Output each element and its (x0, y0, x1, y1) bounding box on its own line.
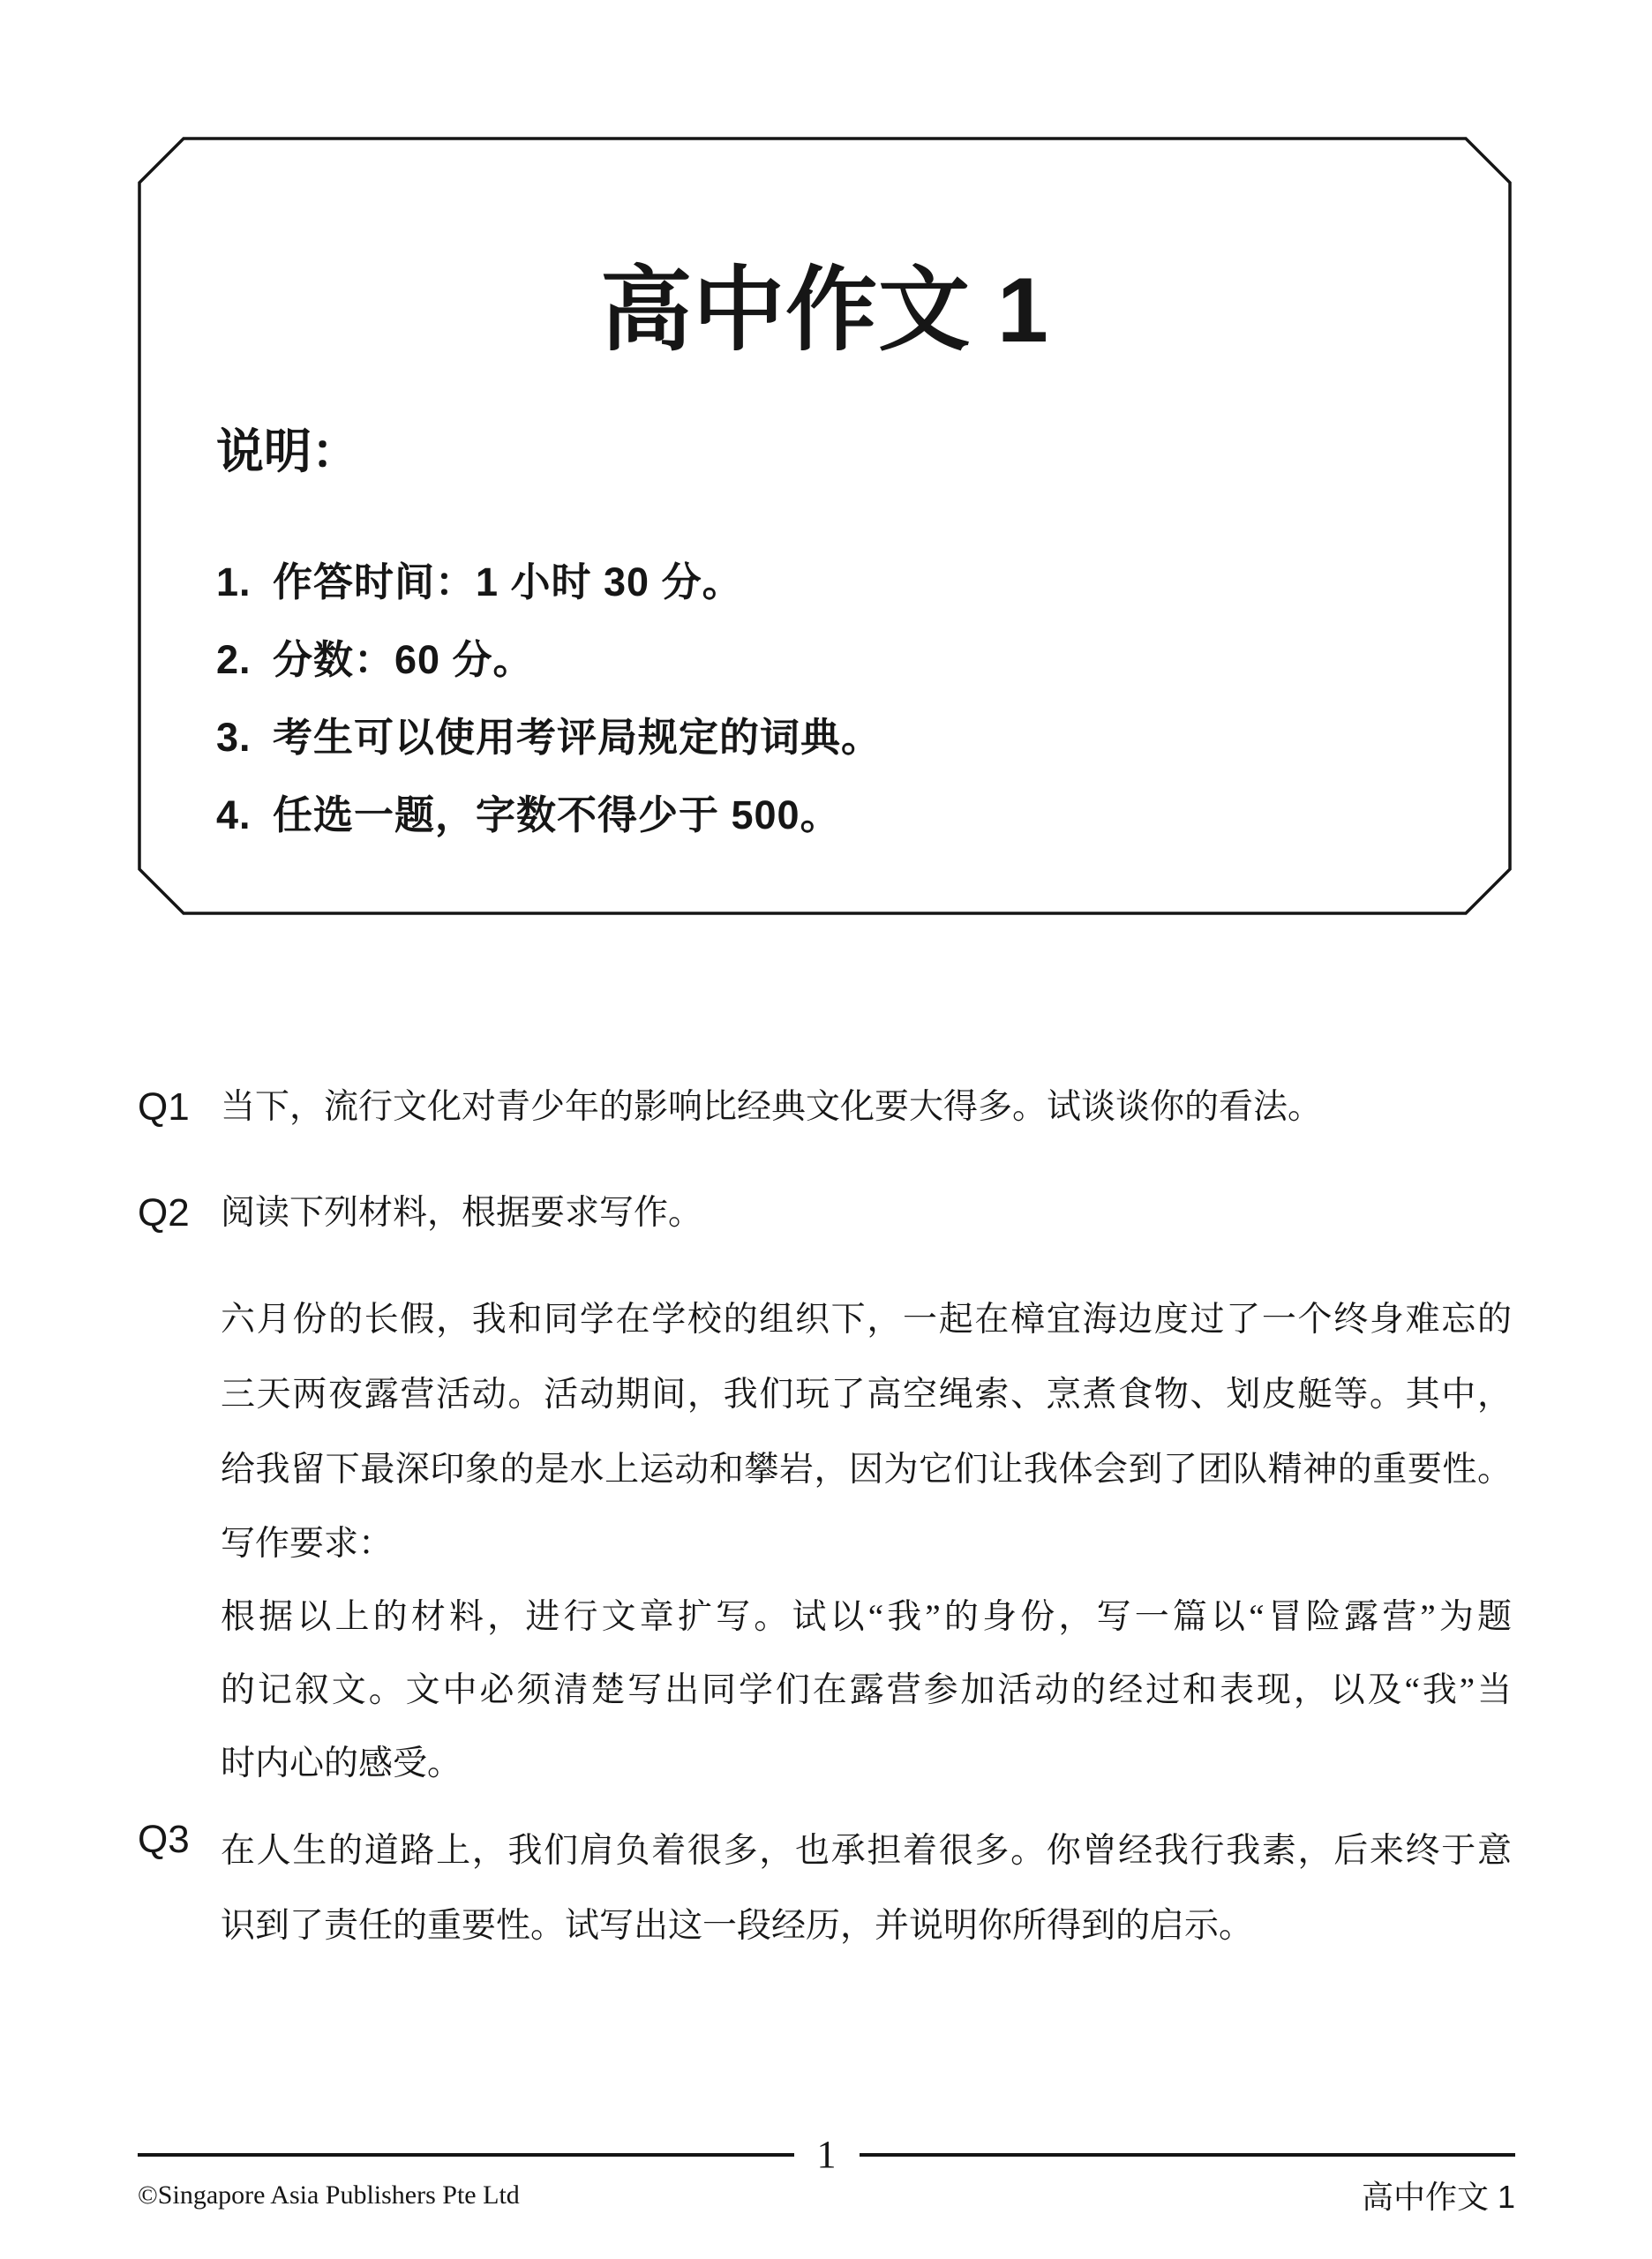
page-footer: 1 ©Singapore Asia Publishers Pte Ltd 高中作… (138, 2134, 1515, 2217)
instruction-item-2: 2. 分数：60 分。 (216, 634, 1433, 687)
requirement-line: 的记叙文。文中必须清楚写出同学们在露营参加活动的经过和表现，以及“我”当 (221, 1654, 1512, 1727)
question-2-label: Q2 (138, 1187, 221, 1800)
question-1: Q1 当下，流行文化对青少年的影响比经典文化要大得多。试谈谈你的看法。 (138, 1081, 1512, 1134)
instruction-item-4: 4. 任选一题，字数不得少于 500。 (216, 789, 1433, 842)
instructions-box-content: 高中作文 1 说明： 1. 作答时间：1 小时 30 分。 2. 分数：60 分… (138, 260, 1512, 842)
question-2: Q2 阅读下列材料，根据要求写作。 六月份的长假，我和同学在学校的组织下，一起在… (138, 1187, 1512, 1800)
question-3-label: Q3 (138, 1813, 221, 1963)
requirements-heading: 写作要求： (221, 1507, 1512, 1580)
question-2-requirements: 写作要求： 根据以上的材料，进行文章扩写。试以“我”的身份，写一篇以“冒险露营”… (221, 1507, 1512, 1800)
instruction-number: 3. (216, 711, 273, 764)
question-2-body: 阅读下列材料，根据要求写作。 六月份的长假，我和同学在学校的组织下，一起在樟宜海… (221, 1187, 1512, 1800)
instruction-text: 任选一题，字数不得少于 500。 (273, 789, 841, 842)
material-line: 给我留下最深印象的是水上运动和攀岩，因为它们让我体会到了团队精神的重要性。 (221, 1432, 1512, 1507)
material-line: 六月份的长假，我和同学在学校的组织下，一起在樟宜海边度过了一个终身难忘的 (221, 1282, 1512, 1357)
instruction-text: 考生可以使用考评局规定的词典。 (273, 711, 882, 764)
instructions-heading: 说明： (216, 423, 1433, 481)
question-3-body: 在人生的道路上，我们肩负着很多，也承担着很多。你曾经我行我素，后来终于意 识到了… (221, 1813, 1512, 1963)
footer-texts: ©Singapore Asia Publishers Pte Ltd 高中作文 … (138, 2178, 1515, 2217)
question-1-body: 当下，流行文化对青少年的影响比经典文化要大得多。试谈谈你的看法。 (221, 1081, 1512, 1134)
question-1-label: Q1 (138, 1081, 221, 1134)
copyright-text: ©Singapore Asia Publishers Pte Ltd (138, 2178, 520, 2213)
instruction-item-3: 3. 考生可以使用考评局规定的词典。 (216, 711, 1433, 764)
question-1-text: 当下，流行文化对青少年的影响比经典文化要大得多。试谈谈你的看法。 (221, 1081, 1512, 1134)
footer-rule-left (138, 2153, 794, 2157)
question-2-prompt: 阅读下列材料，根据要求写作。 (221, 1187, 1512, 1240)
question-3-line: 识到了责任的重要性。试写出这一段经历，并说明你所得到的启示。 (221, 1888, 1512, 1963)
instruction-text: 分数：60 分。 (273, 634, 534, 687)
paper-title: 高中作文 1 (216, 260, 1433, 361)
question-2-material: 六月份的长假，我和同学在学校的组织下，一起在樟宜海边度过了一个终身难忘的 三天两… (221, 1282, 1512, 1507)
footer-rule-right (860, 2153, 1516, 2157)
question-3: Q3 在人生的道路上，我们肩负着很多，也承担着很多。你曾经我行我素，后来终于意 … (138, 1813, 1512, 1963)
footer-book-title: 高中作文 1 (1362, 2178, 1515, 2217)
question-3-line: 在人生的道路上，我们肩负着很多，也承担着很多。你曾经我行我素，后来终于意 (221, 1813, 1512, 1888)
instruction-text: 作答时间：1 小时 30 分。 (273, 556, 743, 609)
instruction-number: 1. (216, 556, 273, 609)
instruction-number: 4. (216, 789, 273, 842)
instruction-item-1: 1. 作答时间：1 小时 30 分。 (216, 556, 1433, 609)
page-number: 1 (817, 2134, 837, 2176)
instructions-box: 高中作文 1 说明： 1. 作答时间：1 小时 30 分。 2. 分数：60 分… (138, 137, 1512, 915)
requirement-line: 根据以上的材料，进行文章扩写。试以“我”的身份，写一篇以“冒险露营”为题 (221, 1580, 1512, 1654)
material-line: 三天两夜露营活动。活动期间，我们玩了高空绳索、烹煮食物、划皮艇等。其中， (221, 1357, 1512, 1432)
instruction-number: 2. (216, 634, 273, 687)
footer-rule-row: 1 (138, 2134, 1515, 2176)
questions-section: Q1 当下，流行文化对青少年的影响比经典文化要大得多。试谈谈你的看法。 Q2 阅… (138, 1081, 1512, 1963)
requirement-line: 时内心的感受。 (221, 1727, 1512, 1800)
